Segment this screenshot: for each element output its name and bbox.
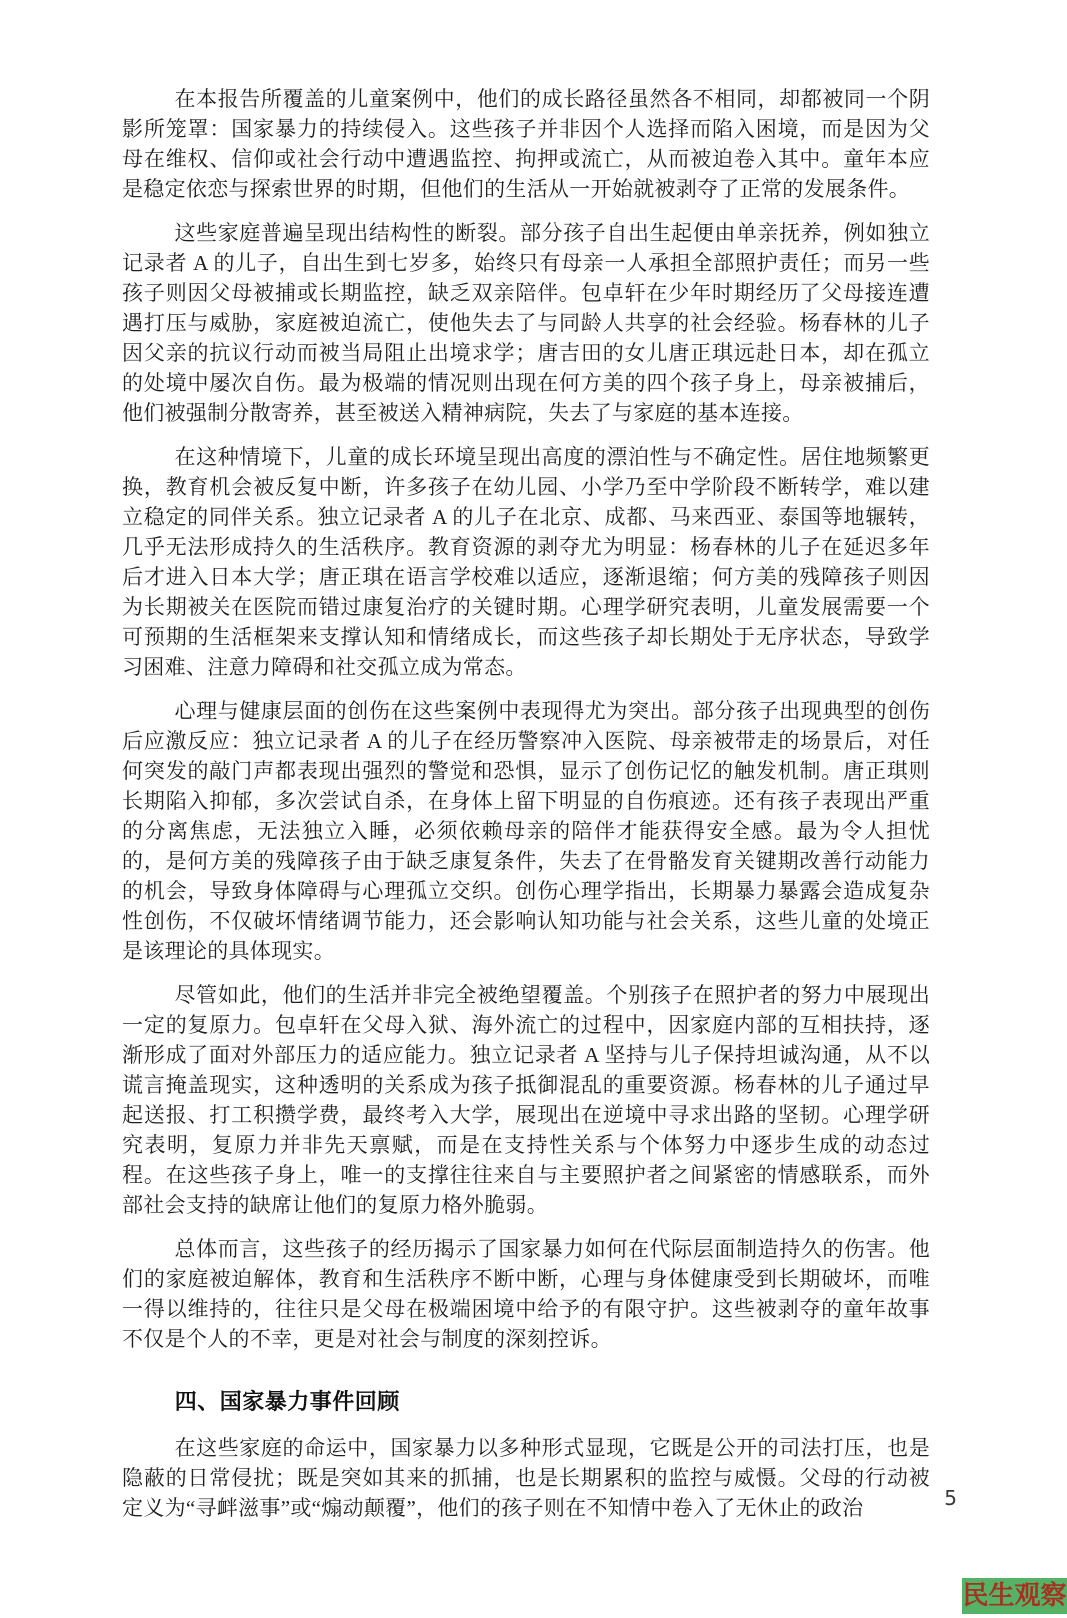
paragraph-unstable-environment: 在这种情境下，儿童的成长环境呈现出高度的漂泊性与不确定性。居住地频繁更换，教育机… <box>122 442 930 682</box>
watermark-stamp: 民生观察 <box>962 1578 1067 1614</box>
paragraph-summary: 总体而言，这些孩子的经历揭示了国家暴力如何在代际层面制造持久的伤害。他们的家庭被… <box>122 1234 930 1354</box>
page-number: 5 <box>944 1486 957 1510</box>
document-page: 在本报告所覆盖的儿童案例中，他们的成长路径虽然各不相同，却都被同一个阴影所笼罩：… <box>0 0 1067 1618</box>
paragraph-resilience: 尽管如此，他们的生活并非完全被绝望覆盖。个别孩子在照护者的努力中展现出一定的复原… <box>122 980 930 1220</box>
paragraph-state-violence-review: 在这些家庭的命运中，国家暴力以多种形式显现，它既是公开的司法打压，也是隐蔽的日常… <box>122 1433 930 1523</box>
paragraph-family-structural-rupture: 这些家庭普遍呈现出结构性的断裂。部分孩子自出生起便由单亲抚养，例如独立记录者 A… <box>122 218 930 428</box>
document-content: 在本报告所覆盖的儿童案例中，他们的成长路径虽然各不相同，却都被同一个阴影所笼罩：… <box>122 84 930 1537</box>
paragraph-children-cases-intro: 在本报告所覆盖的儿童案例中，他们的成长路径虽然各不相同，却都被同一个阴影所笼罩：… <box>122 84 930 204</box>
section-heading: 四、国家暴力事件回顾 <box>122 1388 930 1416</box>
paragraph-psychological-trauma: 心理与健康层面的创伤在这些案例中表现得尤为突出。部分孩子出现典型的创伤后应激反应… <box>122 696 930 966</box>
